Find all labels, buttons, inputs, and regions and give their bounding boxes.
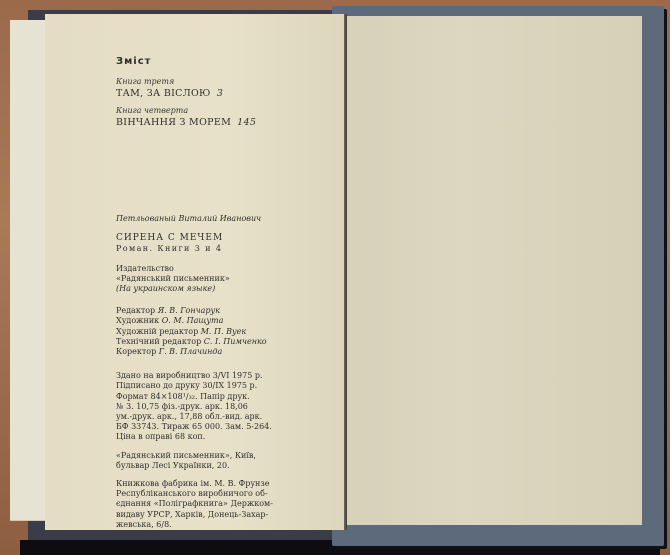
- credit-name: О. М. Пащута: [162, 316, 224, 325]
- credit-name: Я. В. Гончарук: [158, 306, 220, 315]
- book-main-title: СИРЕНА С МЕЧЕМ: [116, 233, 316, 243]
- credit-name: С. І. Пимченко: [204, 337, 267, 346]
- imprint-block: Петльованый Виталий Иванович СИРЕНА С МЕ…: [116, 214, 316, 530]
- credit-line: Редактор Я. В. Гончарук: [116, 306, 316, 316]
- contents-heading: Зміст: [116, 56, 256, 67]
- publisher-label: Издательство: [116, 264, 316, 274]
- publisher-name: «Радянський письменник»: [116, 274, 316, 284]
- tech-line: Ціна в оправі 68 коп.: [116, 432, 316, 442]
- book-title: ТАМ, ЗА ВІСЛОЮ3: [116, 88, 256, 99]
- publisher-address: «Радянський письменник», Київ, бульвар Л…: [116, 451, 316, 471]
- contents-entry: Книга четверта ВІНЧАННЯ З МОРЕМ145: [116, 106, 256, 128]
- credit-role: Художній редактор: [116, 327, 198, 336]
- right-page-blank: [346, 16, 642, 525]
- credit-name: М. П. Вуек: [201, 327, 246, 336]
- printer-line: жевська, 6/8.: [116, 520, 316, 530]
- credit-role: Художник: [116, 316, 159, 325]
- address-line: бульвар Лесі Українки, 20.: [116, 461, 316, 471]
- tech-line: Підписано до друку 30/IX 1975 р.: [116, 381, 316, 391]
- book-title: ВІНЧАННЯ З МОРЕМ145: [116, 117, 256, 128]
- tech-line: Здано на виробництво 3/VI 1975 р.: [116, 371, 316, 381]
- printer-line: Книжкова фабрика ім. М. В. Фрунзе: [116, 479, 316, 489]
- credit-role: Коректор: [116, 347, 156, 356]
- printer-info: Книжкова фабрика ім. М. В. Фрунзе Респуб…: [116, 479, 316, 530]
- technical-specs: Здано на виробництво 3/VI 1975 р. Підпис…: [116, 371, 316, 442]
- table-of-contents: Зміст Книга третя ТАМ, ЗА ВІСЛОЮ3 Книга …: [116, 56, 256, 135]
- book-genre: Роман. Книги 3 и 4: [116, 244, 316, 254]
- credit-role: Технічний редактор: [116, 337, 201, 346]
- credit-line: Художній редактор М. П. Вуек: [116, 327, 316, 337]
- printer-line: Республіканського виробничого об-: [116, 489, 316, 499]
- credit-line: Технічний редактор С. І. Пимченко: [116, 337, 316, 347]
- tech-line: БФ 33743. Тираж 65 000. Зам. 5-264.: [116, 422, 316, 432]
- author-name: Петльованый Виталий Иванович: [116, 214, 316, 224]
- printer-line: єднання «Поліграфкнига» Держком-: [116, 499, 316, 509]
- credits-list: Редактор Я. В. Гончарук Художник О. М. П…: [116, 306, 316, 357]
- credit-line: Коректор Г. В. Плачинда: [116, 347, 316, 357]
- tech-line: Формат 84×108¹/₃₂. Папір друк.: [116, 392, 316, 402]
- book-page-number: 3: [217, 88, 223, 99]
- book-title-text: ТАМ, ЗА ВІСЛОЮ: [116, 88, 211, 99]
- tech-line: ум.-друк. арк., 17,88 обл.-вид. арк.: [116, 412, 316, 422]
- book-gutter: [344, 14, 347, 530]
- book-label: Книга четверта: [116, 106, 256, 115]
- book-page-number: 145: [237, 117, 256, 128]
- credit-name: Г. В. Плачинда: [159, 347, 222, 356]
- contents-entry: Книга третя ТАМ, ЗА ВІСЛОЮ3: [116, 77, 256, 99]
- tech-line: № 3. 10,75 фіз.-друк. арк. 18,06: [116, 402, 316, 412]
- book-title-text: ВІНЧАННЯ З МОРЕМ: [116, 117, 231, 128]
- printer-line: видаву УРСР, Харків, Донець-Захар-: [116, 510, 316, 520]
- language-note: (На украинском языке): [116, 284, 316, 294]
- credit-line: Художник О. М. Пащута: [116, 316, 316, 326]
- book-label: Книга третя: [116, 77, 256, 86]
- address-line: «Радянський письменник», Київ,: [116, 451, 316, 461]
- credit-role: Редактор: [116, 306, 155, 315]
